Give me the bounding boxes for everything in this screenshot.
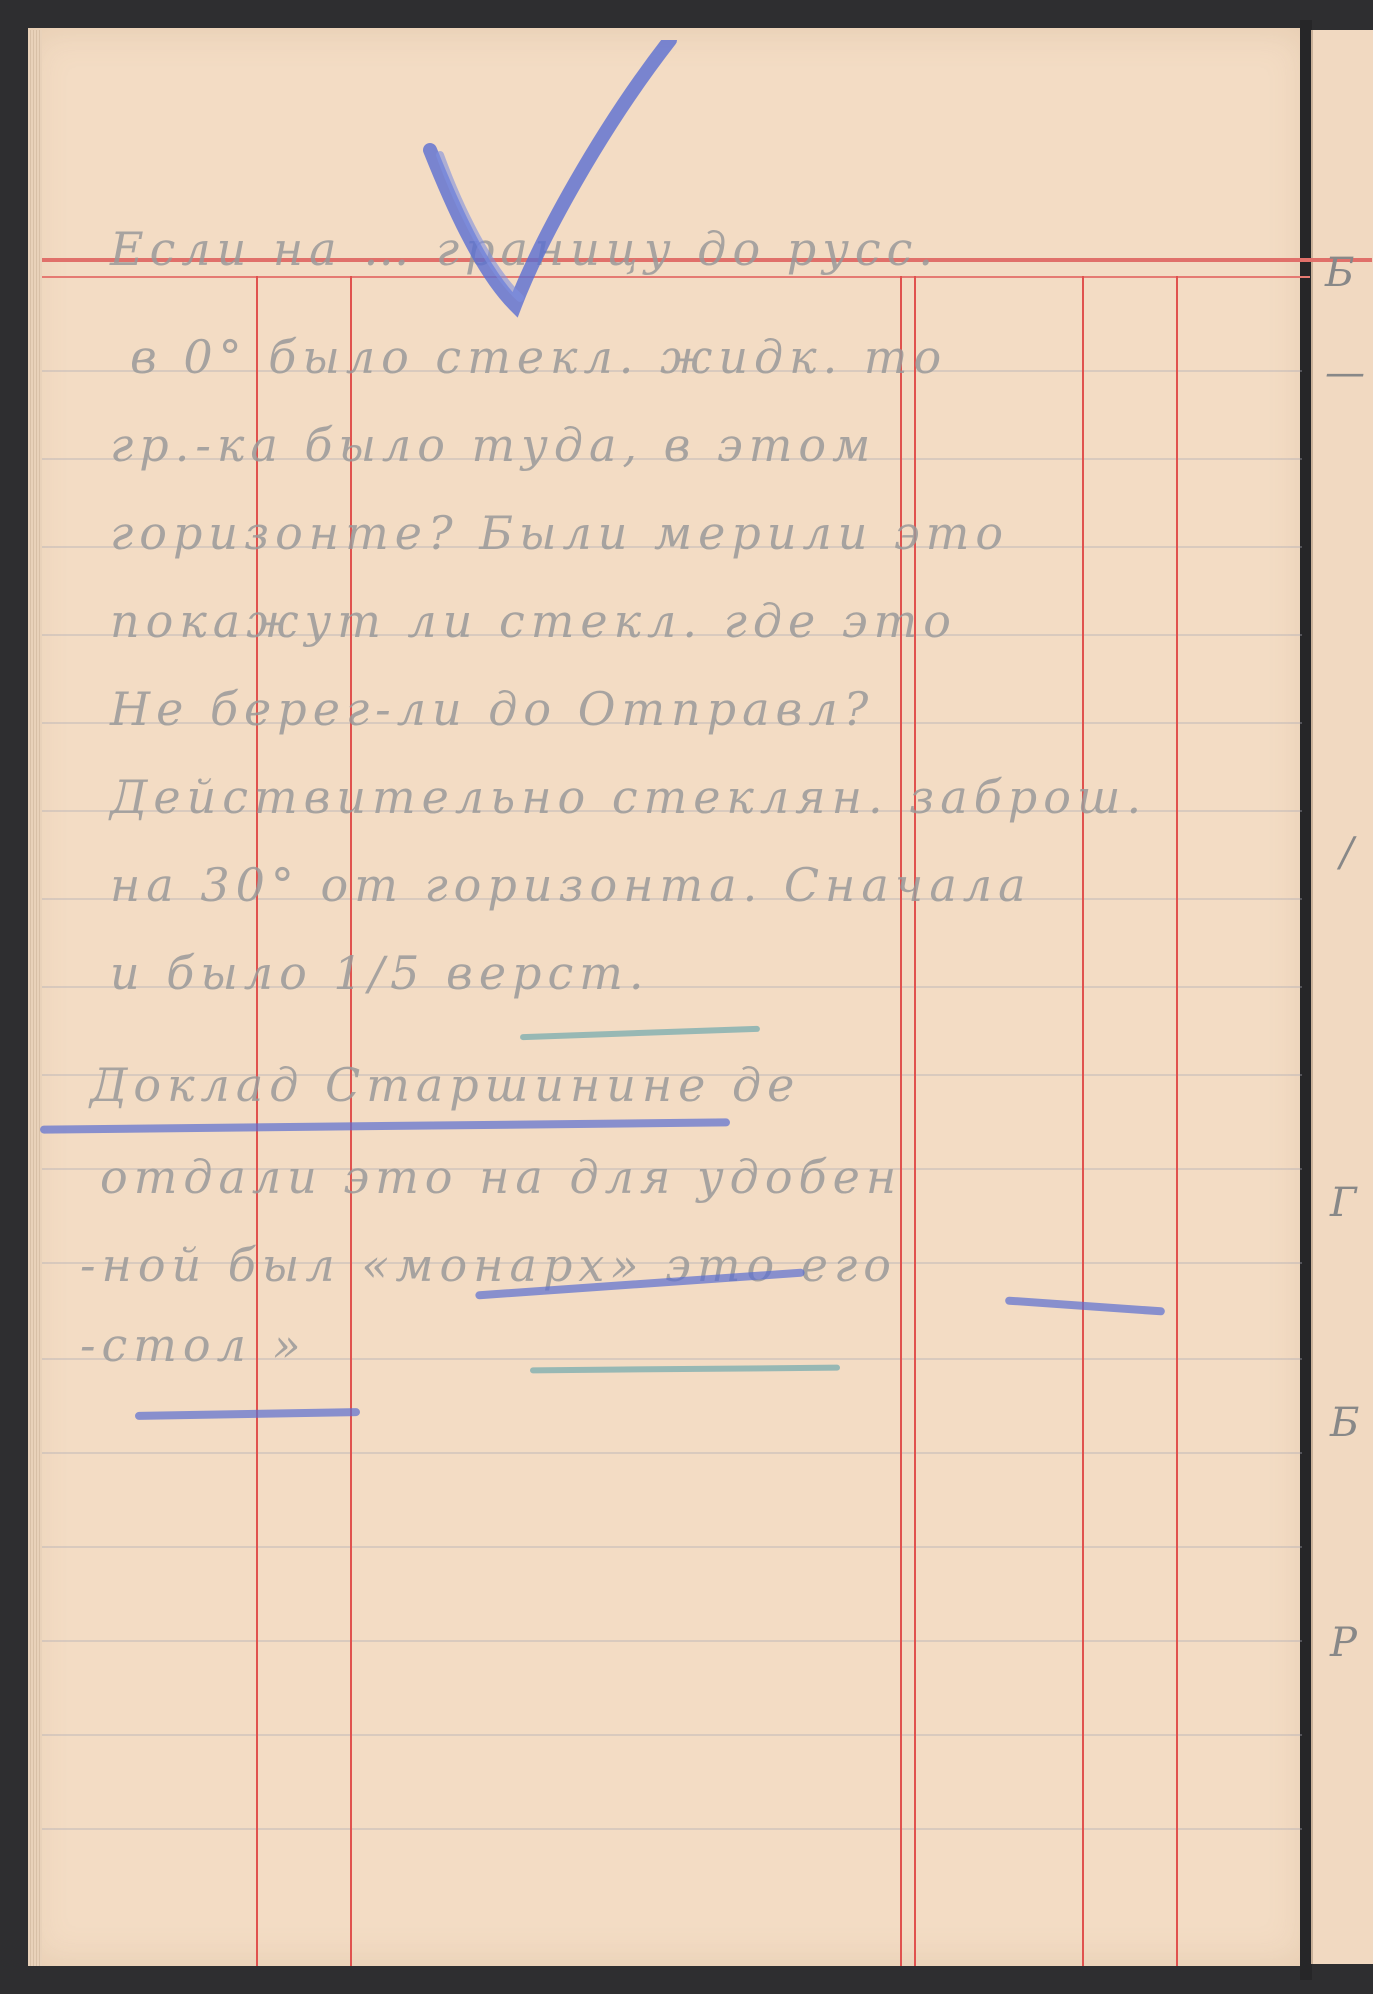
- red-column-rule: [1082, 276, 1084, 1966]
- blue-checkmark-icon: [420, 40, 680, 340]
- handwritten-line: и было 1/5 верст.: [110, 946, 650, 1000]
- facing-page-fragment: Г: [1330, 1180, 1356, 1226]
- handwritten-line: Не берег-ли до Отправл?: [110, 682, 874, 736]
- handwritten-line: -ной был «монарх» это его: [80, 1238, 897, 1292]
- facing-page-fragment: Б: [1325, 250, 1354, 296]
- facing-page-fragment: Р: [1330, 1620, 1357, 1666]
- rule-line: [42, 1640, 1302, 1642]
- facing-page-fragment: —: [1325, 350, 1365, 396]
- handwritten-line: на 30° от горизонта. Сначала: [110, 858, 1032, 912]
- facing-page-fragment: /: [1340, 830, 1353, 876]
- rule-line: [42, 1734, 1302, 1736]
- handwritten-line: Действительно стеклян. заброш.: [110, 770, 1147, 824]
- facing-page: [1311, 30, 1373, 1964]
- handwritten-line: гр.-ка было туда, в этом: [110, 418, 876, 472]
- handwritten-line: покажут ли стекл. где это: [110, 594, 957, 648]
- rule-line: [42, 1452, 1302, 1454]
- red-column-rule: [1176, 276, 1178, 1966]
- rule-line: [42, 1546, 1302, 1548]
- handwritten-line: -стол »: [80, 1318, 307, 1372]
- page-stack-edge: [28, 30, 42, 1966]
- handwritten-line: горизонте? Были мерили это: [110, 506, 1009, 560]
- facing-page-fragment: Б: [1330, 1400, 1359, 1446]
- handwritten-line: отдали это на для удобен: [100, 1150, 902, 1204]
- handwritten-line: Доклад Старшинине де: [90, 1058, 800, 1112]
- rule-line: [42, 1828, 1302, 1830]
